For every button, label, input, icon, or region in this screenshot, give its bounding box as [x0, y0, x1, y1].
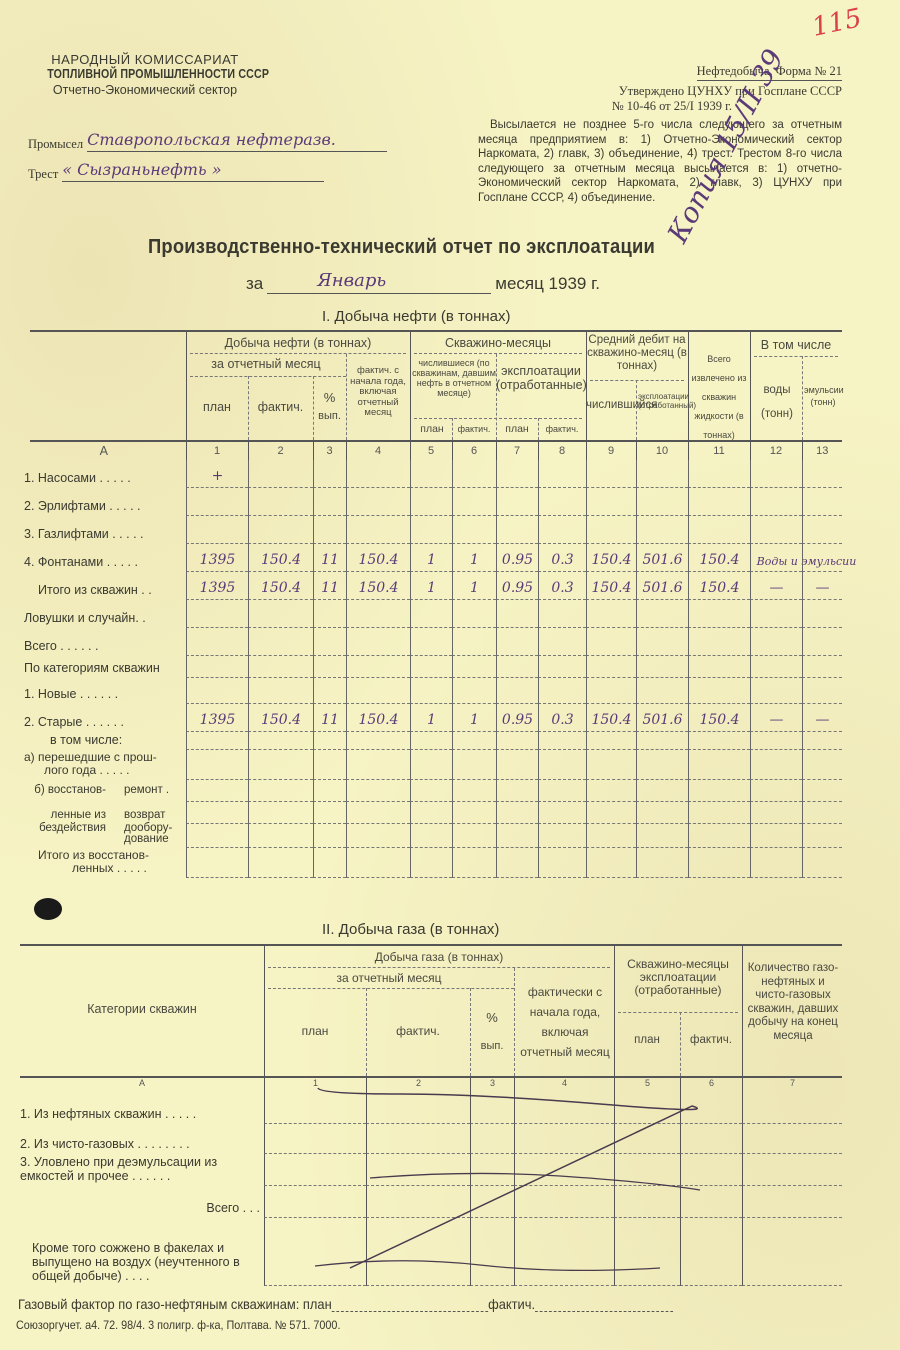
table-cell	[742, 1218, 842, 1286]
table-cell	[496, 460, 538, 488]
hdr-total-extracted: Всего извлечено из скважин жидкости (в т…	[688, 350, 750, 445]
table-cell	[538, 732, 586, 750]
table-cell: —	[802, 704, 842, 732]
table-cell	[346, 824, 410, 848]
table-cell	[410, 848, 452, 878]
table-cell	[680, 1124, 742, 1154]
table-cell	[750, 628, 802, 656]
table-cell	[538, 628, 586, 656]
row-label: Итого из восстанов-ленных . . . . .	[20, 848, 186, 878]
table-cell	[514, 1218, 614, 1286]
hdr-actual: фактич.	[248, 400, 313, 414]
table-cell	[248, 460, 313, 488]
table-cell	[538, 848, 586, 878]
gas-hdr-count: Количество газо-нефтяных и чисто-газовых…	[744, 962, 842, 1043]
table-cell	[496, 656, 538, 678]
table-cell	[636, 600, 688, 628]
table-cell: 1	[452, 572, 496, 600]
table-cell	[688, 678, 750, 704]
table-cell	[538, 460, 586, 488]
table-cell	[452, 824, 496, 848]
table-cell	[802, 544, 842, 572]
trest-value: « Сызраньнефть »	[62, 160, 221, 179]
cell-value: 1	[470, 712, 479, 728]
table-cell	[264, 1218, 366, 1286]
table-cell	[688, 824, 750, 848]
table-cell	[636, 516, 688, 544]
table-cell	[688, 628, 750, 656]
table-cell	[688, 516, 750, 544]
cell-value: 1	[427, 712, 436, 728]
cell-value: 0.3	[551, 552, 573, 568]
gas-hdr-actual: фактич.	[366, 1024, 470, 1038]
cell-value: 150.4	[591, 552, 631, 568]
row-label: ленные извозврат	[20, 802, 186, 824]
cell-value: —	[770, 712, 784, 728]
table-row: 2. Старые . . . . . .1395150.411150.4110…	[20, 704, 842, 732]
table-cell	[586, 600, 636, 628]
table-cell: 150.4	[248, 704, 313, 732]
report-period: за Январь месяц 1939 г.	[246, 274, 600, 294]
table-cell	[452, 460, 496, 488]
trest-field: Трест « Сызраньнефть »	[28, 164, 324, 182]
table-cell	[470, 1186, 514, 1218]
table-cell	[688, 750, 750, 780]
table-cell	[636, 824, 688, 848]
table-cell	[496, 824, 538, 848]
archive-number: 115	[809, 3, 864, 43]
table-cell	[248, 600, 313, 628]
table-cell	[688, 848, 750, 878]
table-cell	[346, 488, 410, 516]
table-cell	[586, 848, 636, 878]
table-cell	[313, 460, 346, 488]
period-month: Январь	[317, 270, 386, 291]
table-cell	[586, 678, 636, 704]
table-cell	[452, 488, 496, 516]
table-cell	[366, 1186, 470, 1218]
hdr-ytd: фактич. с начала года, включая отчетный …	[348, 366, 408, 419]
cell-value: 1	[470, 580, 479, 596]
hdr-pct-done: вып.	[313, 410, 346, 422]
table-cell	[186, 750, 248, 780]
table-cell	[186, 600, 248, 628]
table-cell	[688, 488, 750, 516]
table-cell	[346, 780, 410, 802]
table-cell	[470, 1218, 514, 1286]
table-cell	[366, 1124, 470, 1154]
table-row: в том числе:	[20, 732, 842, 750]
cell-value: 0.3	[551, 580, 573, 596]
table-cell: 11	[313, 544, 346, 572]
table-cell	[802, 732, 842, 750]
table-cell: 11	[313, 572, 346, 600]
row-label: б) восстанов-ремонт .	[20, 780, 186, 802]
table-cell: 150.4	[688, 544, 750, 572]
table-cell	[636, 678, 688, 704]
hdr-pct: %	[313, 390, 346, 405]
table-cell	[750, 678, 802, 704]
table-cell: 150.4	[586, 544, 636, 572]
table-cell	[586, 656, 636, 678]
table-row: б) восстанов-ремонт .	[20, 780, 842, 802]
row-label: Кроме того сожжено в факелах и выпущено …	[20, 1218, 264, 1286]
table-row: 2. Эрлифтами . . . . .	[20, 488, 842, 516]
table-cell	[346, 750, 410, 780]
oil-table-header: Добыча нефти (в тоннах) за отчетный меся…	[186, 332, 842, 440]
table-cell: 0.95	[496, 544, 538, 572]
column-number: 7	[742, 1078, 842, 1094]
row-label: Итого из скважин . .	[20, 572, 186, 600]
table-cell: 150.4	[346, 544, 410, 572]
table-cell	[410, 460, 452, 488]
cell-value: —	[770, 580, 784, 596]
cell-value: 150.4	[699, 580, 739, 596]
table-cell	[248, 802, 313, 824]
row-label: 3. Газлифтами . . . . .	[20, 516, 186, 544]
gas-hdr-well-months: Скважино-месяцы эксплоатации (отработанн…	[614, 958, 742, 997]
table-cell	[313, 516, 346, 544]
table-cell	[496, 750, 538, 780]
table-cell	[742, 1186, 842, 1218]
table-cell	[248, 750, 313, 780]
table-cell	[802, 600, 842, 628]
table-cell: 1	[452, 544, 496, 572]
table-cell	[313, 750, 346, 780]
table-cell	[410, 802, 452, 824]
cell-value: —	[816, 712, 830, 728]
cell-value: 0.95	[502, 552, 533, 568]
table-cell	[496, 488, 538, 516]
cell-value: 1	[427, 580, 436, 596]
table-cell: 0.3	[538, 704, 586, 732]
table-cell	[802, 460, 842, 488]
table-row: а) перешедшие с прош-лого года . . . . .	[20, 750, 842, 780]
table-cell	[470, 1124, 514, 1154]
table-cell	[313, 488, 346, 516]
table-cell: 501.6	[636, 544, 688, 572]
table-cell	[636, 656, 688, 678]
table-cell	[514, 1186, 614, 1218]
table-cell	[496, 628, 538, 656]
column-number: 3	[470, 1078, 514, 1094]
table-cell	[410, 656, 452, 678]
table-cell: 1395	[186, 704, 248, 732]
table-cell: 0.3	[538, 544, 586, 572]
table-cell	[410, 750, 452, 780]
gas-factor-fact-label: фактич.	[488, 1296, 535, 1312]
table-cell	[750, 848, 802, 878]
table-cell	[586, 460, 636, 488]
table-cell	[346, 848, 410, 878]
table-cell: 501.6	[636, 704, 688, 732]
table-cell	[346, 460, 410, 488]
table-cell	[496, 678, 538, 704]
table-cell	[264, 1094, 366, 1124]
hdr-reporting-month: за отчетный месяц	[186, 357, 346, 371]
cell-value: 0.3	[551, 712, 573, 728]
table-row: Всего . . . . . .	[20, 628, 842, 656]
table-cell	[248, 780, 313, 802]
approval-line-2: № 10-46 от 25/I 1939 г.	[612, 99, 732, 114]
table-cell	[750, 656, 802, 678]
cell-value: 501.6	[642, 552, 682, 568]
table-cell	[614, 1186, 680, 1218]
table-cell	[802, 780, 842, 802]
table-cell	[452, 848, 496, 878]
cell-value: 150.4	[591, 580, 631, 596]
table-row: По категориям скважин	[20, 656, 842, 678]
table-cell	[538, 802, 586, 824]
table-cell	[514, 1094, 614, 1124]
table-cell	[688, 780, 750, 802]
table-cell	[802, 848, 842, 878]
gas-hdr-category: Категории скважин	[20, 1002, 264, 1016]
table-row: Итого из восстанов-ленных . . . . .	[20, 848, 842, 878]
promysel-field: Промысел Ставропольская нефтеразв.	[28, 134, 387, 152]
table-cell	[313, 732, 346, 750]
cell-value: 11	[321, 712, 339, 728]
table-cell: 0.3	[538, 572, 586, 600]
hdr-avg-listed: числившийся	[586, 398, 636, 412]
table-cell	[688, 460, 750, 488]
cell-value: 150.4	[358, 580, 398, 596]
table-cell	[346, 656, 410, 678]
gas-factor-fact-field	[535, 1298, 673, 1312]
gas-hdr-wm-plan: план	[614, 1034, 680, 1046]
table-cell	[750, 516, 802, 544]
table-cell: 150.4	[586, 572, 636, 600]
table-cell	[614, 1124, 680, 1154]
table-row: 1. Из нефтяных скважин . . . . .	[20, 1094, 842, 1124]
table-cell	[680, 1218, 742, 1286]
table-cell	[346, 678, 410, 704]
table-cell	[750, 802, 802, 824]
table-cell: 150.4	[248, 544, 313, 572]
gas-factor-plan-field	[332, 1298, 488, 1312]
gas-hdr-production: Добыча газа (в тоннах)	[264, 950, 614, 964]
table-cell	[514, 1154, 614, 1186]
table-cell	[313, 780, 346, 802]
table-row: 4. Фонтанами . . . . .1395150.411150.411…	[20, 544, 842, 572]
table-cell	[750, 824, 802, 848]
table-cell	[248, 848, 313, 878]
table-cell	[802, 516, 842, 544]
cell-value: 150.4	[261, 552, 301, 568]
table-cell	[496, 732, 538, 750]
report-title: Производственно-технический отчет по экс…	[148, 236, 655, 259]
cell-value: 0.95	[502, 580, 533, 596]
table-cell	[452, 678, 496, 704]
cell-value: 150.4	[358, 552, 398, 568]
gas-factor-line: Газовый фактор по газо-нефтяным скважина…	[18, 1296, 673, 1312]
table-cell	[248, 628, 313, 656]
table-cell	[313, 656, 346, 678]
row-label: По категориям скважин	[20, 656, 186, 678]
table-cell: 1395	[186, 572, 248, 600]
table-cell	[410, 678, 452, 704]
table-cell	[496, 848, 538, 878]
gas-hdr-reporting-month: за отчетный месяц	[264, 971, 514, 985]
table-cell	[248, 732, 313, 750]
table-cell	[680, 1094, 742, 1124]
table-cell	[248, 516, 313, 544]
table-cell	[496, 802, 538, 824]
cell-value: 1395	[200, 712, 236, 728]
table-cell: 150.4	[346, 704, 410, 732]
table-cell: 1	[410, 704, 452, 732]
table-cell: 501.6	[636, 572, 688, 600]
table-cell	[366, 1218, 470, 1286]
table-cell	[470, 1154, 514, 1186]
table-cell	[313, 600, 346, 628]
table-cell	[680, 1186, 742, 1218]
row-label: 1. Из нефтяных скважин . . . . .	[20, 1094, 264, 1124]
table-cell	[186, 628, 248, 656]
table-cell	[186, 780, 248, 802]
table-cell	[313, 802, 346, 824]
row-label: 1. Насосами . . . . .	[20, 460, 186, 488]
table-cell	[452, 600, 496, 628]
table-cell	[410, 732, 452, 750]
table-cell	[248, 678, 313, 704]
gas-table-header: Категории скважин Добыча газа (в тоннах)…	[20, 946, 842, 1076]
table-cell: —	[802, 572, 842, 600]
table-cell	[313, 678, 346, 704]
table-cell	[346, 516, 410, 544]
cell-value: +	[212, 468, 224, 484]
table-cell	[313, 824, 346, 848]
table-cell	[452, 732, 496, 750]
cell-value: 1	[427, 552, 436, 568]
table-cell	[496, 600, 538, 628]
table-cell	[538, 656, 586, 678]
table-cell	[688, 600, 750, 628]
table-cell	[313, 848, 346, 878]
column-number: 5	[614, 1078, 680, 1094]
table-cell	[538, 678, 586, 704]
table-cell: 0.95	[496, 704, 538, 732]
table-cell	[688, 656, 750, 678]
table-cell: 0.95	[496, 572, 538, 600]
table-cell: —	[750, 704, 802, 732]
table-cell	[538, 516, 586, 544]
table-cell	[586, 824, 636, 848]
row-label: а) перешедшие с прош-лого года . . . . .	[20, 750, 186, 780]
row-label: Ловушки и случайн. .	[20, 600, 186, 628]
row-label: 3. Уловлено при деэмульсации из емкостей…	[20, 1154, 264, 1186]
table-cell: 1	[452, 704, 496, 732]
table-cell	[750, 780, 802, 802]
ministry-line-2: ТОПЛИВНОЙ ПРОМЫШЛЕННОСТИ СССР	[47, 67, 243, 81]
table-cell	[346, 802, 410, 824]
cell-value: 0.95	[502, 712, 533, 728]
table-cell	[186, 678, 248, 704]
table-row: 2. Из чисто-газовых . . . . . . . .	[20, 1124, 842, 1154]
column-numbers-row: А 1 2 3 4 5 6 7 8 9 10 11 12 13	[20, 442, 842, 460]
table-cell	[538, 750, 586, 780]
table-cell	[452, 516, 496, 544]
table-cell	[186, 802, 248, 824]
gas-hdr-ytd: фактически с начала года, включая отчетн…	[516, 982, 614, 1062]
row-label: бездействиядообору-дование	[20, 824, 186, 848]
table-cell	[410, 628, 452, 656]
table-cell: 1	[410, 544, 452, 572]
cell-value: 1395	[200, 580, 236, 596]
row-label: в том числе:	[20, 732, 186, 750]
hdr-wm-fact-2: фактич.	[538, 424, 586, 434]
table-cell	[410, 516, 452, 544]
table-cell	[586, 750, 636, 780]
table-cell	[614, 1154, 680, 1186]
hdr-water: воды (тонн)	[752, 378, 802, 426]
table-cell	[264, 1124, 366, 1154]
table-cell: 150.4	[248, 572, 313, 600]
hdr-exploitation: эксплоатации (отработанные)	[496, 364, 586, 392]
row-label: 4. Фонтанами . . . . .	[20, 544, 186, 572]
hdr-plan: план	[186, 400, 248, 414]
column-number: 1	[264, 1078, 366, 1094]
table-cell	[248, 656, 313, 678]
gas-hdr-pct: %	[470, 1010, 514, 1025]
table-cell	[636, 802, 688, 824]
table-cell	[586, 802, 636, 824]
table-cell	[514, 1124, 614, 1154]
ministry-line-1: НАРОДНЫЙ КОМИССАРИАТ	[30, 52, 260, 67]
oil-production-table: А 1 2 3 4 5 6 7 8 9 10 11 12 13	[20, 442, 842, 460]
table-cell: 1	[410, 572, 452, 600]
table-cell: +	[186, 460, 248, 488]
table-cell: 150.4	[688, 704, 750, 732]
table-row: бездействиядообору-дование	[20, 824, 842, 848]
period-prefix: за	[246, 274, 263, 294]
table-row: Итого из скважин . .1395150.411150.4110.…	[20, 572, 842, 600]
table-cell	[636, 460, 688, 488]
table-cell	[586, 628, 636, 656]
cell-value: 150.4	[591, 712, 631, 728]
table-cell	[186, 488, 248, 516]
table-cell	[636, 488, 688, 516]
column-number: 6	[680, 1078, 742, 1094]
row-label: 2. Из чисто-газовых . . . . . . . .	[20, 1124, 264, 1154]
table-cell	[410, 780, 452, 802]
gas-hdr-plan: план	[264, 1024, 366, 1038]
table-cell	[614, 1094, 680, 1124]
table-cell	[636, 750, 688, 780]
table-cell	[346, 600, 410, 628]
table-cell	[452, 750, 496, 780]
cell-value: 501.6	[642, 712, 682, 728]
submission-instructions: Высылается не позднее 5-го числа следующ…	[478, 118, 842, 205]
table-cell	[688, 802, 750, 824]
cell-value: 150.4	[261, 712, 301, 728]
table-cell	[538, 824, 586, 848]
approval-line-1: Утверждено ЦУНХУ при Госплане СССР	[612, 84, 842, 99]
ministry-header: НАРОДНЫЙ КОМИССАРИАТ ТОПЛИВНОЙ ПРОМЫШЛЕН…	[30, 52, 260, 97]
table-cell	[750, 460, 802, 488]
column-number: 2	[366, 1078, 470, 1094]
table-cell	[636, 732, 688, 750]
table-cell	[802, 802, 842, 824]
table-cell	[248, 824, 313, 848]
table-cell	[636, 628, 688, 656]
period-suffix: месяц 1939 г.	[495, 274, 600, 294]
cell-value: 150.4	[261, 580, 301, 596]
cell-value: 11	[321, 580, 339, 596]
hdr-avg-exploited: эксплоатации (отработанный)	[638, 392, 688, 410]
gas-hdr-pct-done: вып.	[470, 1040, 514, 1052]
table-cell	[186, 732, 248, 750]
